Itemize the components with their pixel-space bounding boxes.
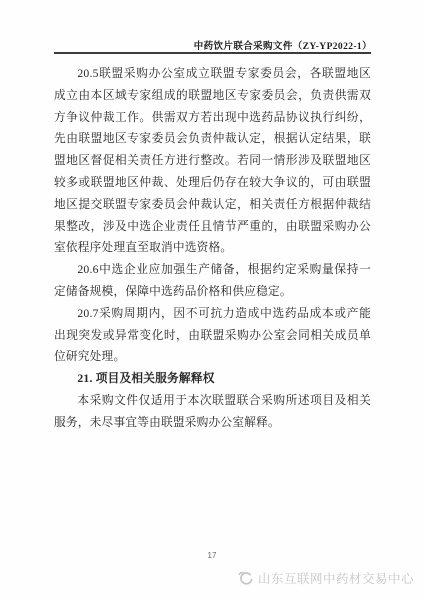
footer-watermark-text: 山东互联网中药材交易中心 <box>258 569 414 587</box>
document-page: 中药饮片联合采购文件（ZY-YP2022-1） 20.5联盟采购办公室成立联盟专… <box>0 0 424 600</box>
footer-watermark: 山东互联网中药材交易中心 <box>237 569 414 587</box>
paragraph-20-6: 20.6中选企业应加强生产储备，根据约定采购量保持一定储备规模，保障中选药品价格… <box>54 259 371 303</box>
header-rule <box>54 52 371 54</box>
swirl-logo-icon <box>237 570 254 587</box>
paragraph-20-7: 20.7采购周期内，因不可抗力造成中选药品成本或产能出现突发或异常变化时，由联盟… <box>54 303 371 368</box>
section-heading-21: 21. 项目及相关服务解释权 <box>54 368 371 390</box>
paragraph-20-5: 20.5联盟采购办公室成立联盟专家委员会，各联盟地区成立由本区域专家组成的联盟地… <box>54 63 371 259</box>
page-number: 17 <box>0 551 424 560</box>
paragraph-21-body: 本采购文件仅适用于本次联盟联合采购所述项目及相关服务，未尽事宜等由联盟采购办公室… <box>54 390 371 434</box>
document-body: 20.5联盟采购办公室成立联盟专家委员会，各联盟地区成立由本区域专家组成的联盟地… <box>54 63 371 434</box>
header-title: 中药饮片联合采购文件（ZY-YP2022-1） <box>194 38 372 52</box>
